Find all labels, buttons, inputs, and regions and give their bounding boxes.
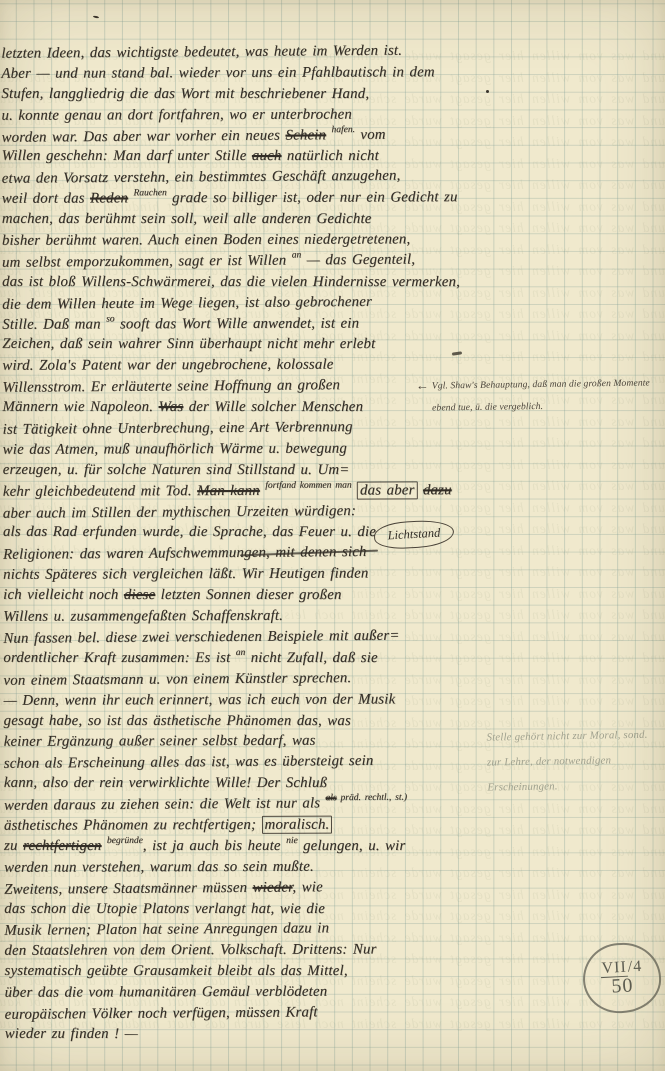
manuscript-line: Willens u. zusammengefaßten Schaffenskra… <box>3 605 463 627</box>
manuscript-line: zu rechtfertigen begründe, ist ja auch b… <box>4 836 464 857</box>
manuscript-line: machen, das berühmt sein soll, weil alle… <box>2 209 462 230</box>
margin-note-ink-lines: Vgl. Shaw's Behauptung, daß man die groß… <box>416 372 665 420</box>
ink-fleck <box>93 15 99 18</box>
manuscript-line: ästhetisches Phänomen zu rechtfertigen; … <box>4 814 464 836</box>
manuscript-line: Aber — und nun stand bal. wieder vor uns… <box>1 62 461 84</box>
ink-fleck <box>486 90 489 93</box>
manuscript-line: ist Tätigkeit ohne Unterbrechung, eine A… <box>3 416 463 441</box>
archive-stamp-number: 50 <box>611 975 634 997</box>
manuscript-line: schon als Erscheinung alles das ist, was… <box>4 750 464 775</box>
manuscript-line: kann, also der rein verwirklichte Wille!… <box>4 773 464 794</box>
manuscript-line: etwa den Vorsatz verstehn, ein bestimmte… <box>2 166 462 191</box>
manuscript-page: und was vom willen hier gesagt wurde sch… <box>0 0 665 1071</box>
manuscript-line: systematisch geübte Grausamkeit bleibt a… <box>4 961 464 982</box>
margin-note-ink-line: ebend tue, ü. die vergeblich. <box>432 395 664 421</box>
manuscript-line: werden daraus zu ziehen sein: die Welt i… <box>4 792 464 817</box>
manuscript-line: Musik lernen; Platon hat seine Anregunge… <box>4 918 464 943</box>
margin-note-pencil: Stelle gehört nicht zur Moral, sond.zur … <box>486 722 665 800</box>
manuscript-line: erzeugen, u. für solche Naturen sind Sti… <box>3 460 463 481</box>
manuscript-line: von einem Staatsmann u. von einem Künstl… <box>3 667 463 692</box>
margin-note-ink-line: Vgl. Shaw's Behauptung, daß man die groß… <box>432 372 664 398</box>
manuscript-line: Männern wie Napoleon. Was der Wille solc… <box>3 397 463 418</box>
manuscript-line: bisher berühmt waren. Auch einen Boden e… <box>2 229 462 251</box>
manuscript-line: die dem Willen heute im Wege liegen, ist… <box>2 291 462 316</box>
manuscript-line: ordentlicher Kraft zusammen: Es ist an n… <box>3 648 463 669</box>
manuscript-line: keiner Ergänzung außer seiner selbst bed… <box>4 731 464 753</box>
manuscript-line: wird. Zola's Patent war der ungebrochene… <box>2 355 462 377</box>
manuscript-line: das ist bloß Willens-Schwärmerei, das di… <box>2 272 462 293</box>
manuscript-line: — Denn, wenn ihr euch erinnert, was ich … <box>4 689 464 711</box>
manuscript-line: aber auch im Stillen der mythischen Urze… <box>3 500 463 525</box>
manuscript-line: kehr gleichbedeutend mit Tod. Man kann f… <box>3 480 463 502</box>
manuscript-line: weil dort das Reden Rauchen grade so bil… <box>2 187 462 209</box>
margin-note-ink: ← Vgl. Shaw's Behauptung, daß man die gr… <box>416 372 665 420</box>
manuscript-line: u. konnte genau an dort fortfahren, wo e… <box>1 104 461 126</box>
margin-note-pencil-line: zur Lehre, der notwendigen <box>487 747 665 775</box>
manuscript-line: ich vielleicht noch diese letzten Sonnen… <box>3 585 463 606</box>
manuscript-line: wieder zu finden ! — <box>5 1024 465 1045</box>
archive-stamp-suffix: /4 <box>627 958 642 976</box>
manuscript-line: Willensstrom. Er erläuterte seine Hoffnu… <box>2 374 462 399</box>
manuscript-line: gesagt habe, so ist das ästhetische Phän… <box>4 710 464 731</box>
manuscript-line: werden nun verstehen, warum das so sein … <box>4 856 464 878</box>
manuscript-line: Willen geschehn: Man darf unter Stille a… <box>2 146 462 167</box>
manuscript-line: europäischen Völker noch verfügen, müsse… <box>5 1001 465 1026</box>
manuscript-line: den Staatslehren von dem Orient. Volksch… <box>4 939 464 961</box>
left-arrow-icon: ← <box>416 378 429 394</box>
manuscript-line: das schon die Utopie Platons verlangt ha… <box>4 898 464 919</box>
manuscript-line: worden war. Das aber war vorher ein neue… <box>2 124 462 149</box>
manuscript-line: nichts Späteres sich vergleichen läßt. W… <box>3 563 463 585</box>
manuscript-line: um selbst emporzukommen, sagt er ist Wil… <box>2 249 462 274</box>
manuscript-line: Stufen, langgliedrig die das Wort mit be… <box>1 84 461 105</box>
margin-note-pencil-line: Stelle gehört nicht zur Moral, sond. <box>486 722 664 750</box>
manuscript-line: wie das Atmen, muß unaufhörlich Wärme u.… <box>3 438 463 460</box>
manuscript-line: Zweitens, unsere Staatsmänner müssen wie… <box>4 876 464 901</box>
manuscript-line: Stille. Daß man so sooft das Wort Wille … <box>2 313 462 335</box>
manuscript-line: über das die vom humanitären Gemäul verb… <box>5 981 465 1003</box>
manuscript-line: Nun fassen bel. diese zwei verschiedenen… <box>3 625 463 650</box>
manuscript-line: Zeichen, daß sein wahrer Sinn überhaupt … <box>2 334 462 355</box>
margin-note-pencil-line: Erscheinungen. <box>487 772 665 800</box>
archive-stamp: VII/4 50 <box>581 941 663 1015</box>
manuscript-line: letzten Ideen, das wichtigste bedeutet, … <box>1 40 461 65</box>
